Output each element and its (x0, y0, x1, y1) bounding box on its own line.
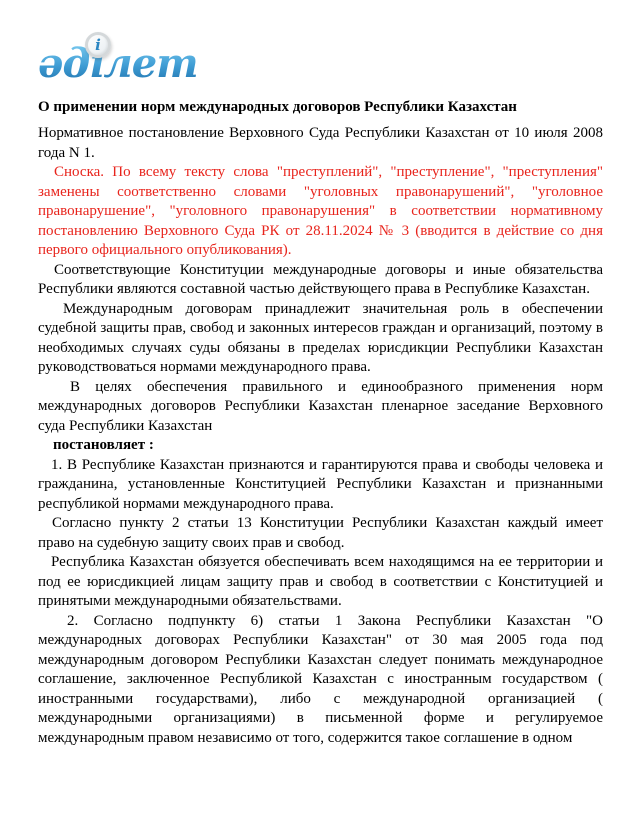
document-body: Нормативное постановление Верховного Суд… (38, 124, 603, 748)
point-1: 1. В Республике Казахстан признаются и г… (38, 456, 603, 515)
magnifier-letter: i (95, 38, 101, 53)
resolution-word: постановляет : (38, 436, 603, 456)
logo-text-post: лет (103, 40, 197, 87)
logo-text-pre: әд (38, 40, 89, 87)
paragraph: Согласно пункту 2 статьи 13 Конституции … (38, 514, 603, 553)
magnifier-icon: i (85, 32, 111, 58)
paragraph: Республика Казахстан обязуется обеспечив… (38, 553, 603, 612)
footnote-amendment: Сноска. По всему тексту слова "преступле… (38, 163, 603, 261)
doc-subtitle: Нормативное постановление Верховного Суд… (38, 124, 603, 163)
adilet-logo[interactable]: әдıлет i (38, 40, 208, 90)
paragraph: Соответствующие Конституции международны… (38, 261, 603, 300)
paragraph: Международным договорам принадлежит знач… (38, 300, 603, 378)
point-2: 2. Согласно подпункту 6) статьи 1 Закона… (38, 612, 603, 749)
document-page: әдıлет i О применении норм международных… (0, 0, 640, 828)
paragraph: В целях обеспечения правильного и единоо… (38, 378, 603, 437)
document-title: О применении норм международных договоро… (38, 98, 603, 117)
